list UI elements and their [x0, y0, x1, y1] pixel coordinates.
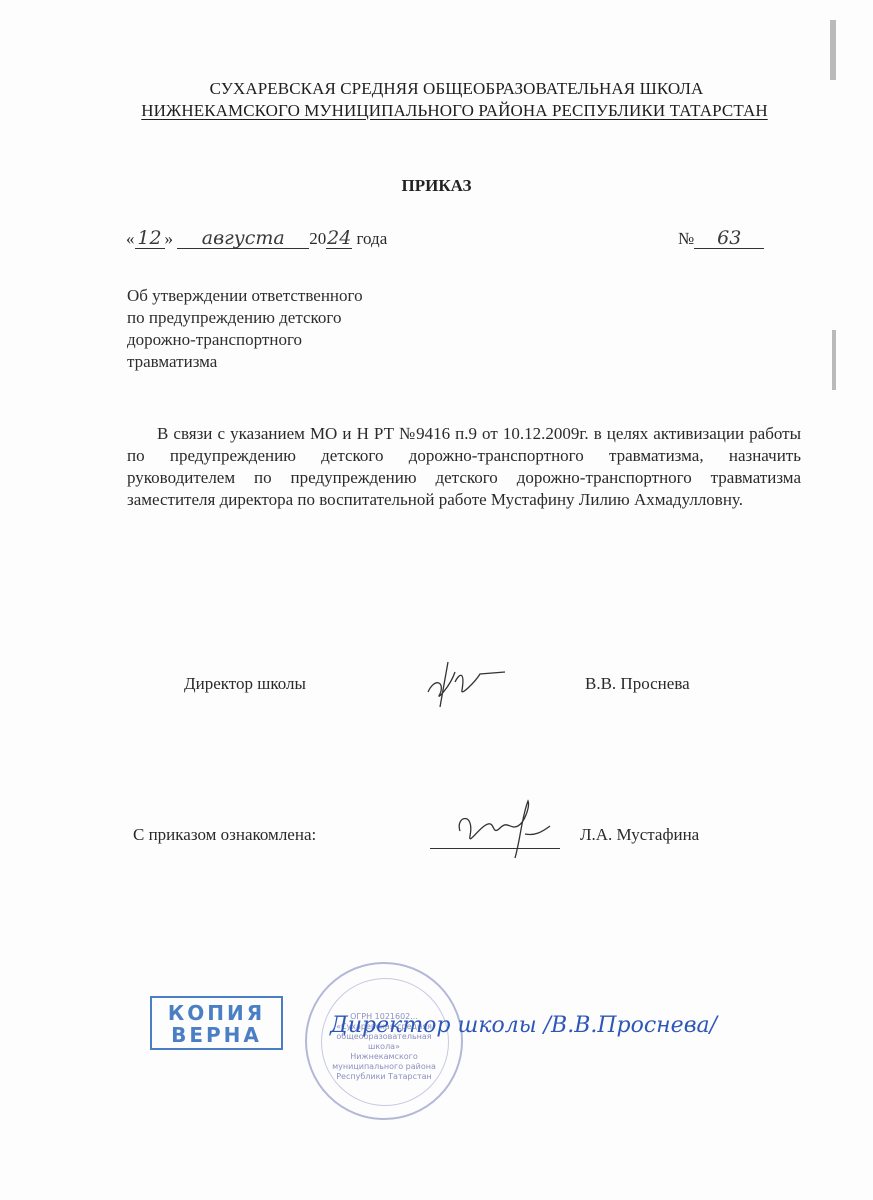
order-body: В связи с указанием МО и Н РТ №9416 п.9 …: [127, 423, 801, 511]
date-open-quote: «: [126, 229, 135, 248]
subject-line: травматизма: [127, 351, 363, 373]
date-close-quote: »: [165, 229, 174, 248]
subject-line: Об утверждении ответственного: [127, 285, 363, 307]
acknowledgement-signature-icon: [450, 796, 560, 866]
director-signature-icon: [420, 652, 510, 712]
stamp-line: ВЕРНА: [152, 1024, 281, 1046]
date-year-word: года: [357, 229, 388, 248]
school-name-line-2-text: НИЖНЕКАМСКОГО МУНИЦИПАЛЬНОГО РАЙОНА РЕСП…: [141, 101, 767, 120]
date-day: 12: [135, 228, 165, 249]
document-title: ПРИКАЗ: [0, 176, 873, 196]
school-name-line-2: НИЖНЕКАМСКОГО МУНИЦИПАЛЬНОГО РАЙОНА РЕСП…: [18, 101, 873, 121]
acknowledgement-label: С приказом ознакомлена:: [133, 825, 316, 845]
order-date: «12» августа2024 года: [126, 228, 387, 249]
stamp-line: КОПИЯ: [152, 1002, 281, 1024]
copy-certified-stamp: КОПИЯ ВЕРНА: [150, 996, 283, 1050]
director-name: В.В. Проснева: [585, 674, 690, 694]
school-seal: ОГРН 1021602... «Сухаревская средняя общ…: [305, 962, 463, 1120]
scan-edge-mark: [832, 330, 836, 390]
school-name-line-1: СУХАРЕВСКАЯ СРЕДНЯЯ ОБЩЕОБРАЗОВАТЕЛЬНАЯ …: [20, 79, 873, 99]
order-body-text: В связи с указанием МО и Н РТ №9416 п.9 …: [127, 424, 801, 509]
seal-line: Нижнекамского: [307, 1052, 461, 1062]
certification-handwriting: Директор школы /В.В.Проснева/: [330, 1013, 717, 1038]
seal-line: школа»: [307, 1042, 461, 1052]
scan-edge-mark: [830, 20, 836, 80]
order-number-value: 63: [694, 228, 764, 249]
order-number-label: №: [678, 229, 694, 248]
date-year-prefix: 20: [309, 229, 326, 248]
seal-line: Республики Татарстан: [307, 1072, 461, 1082]
subject-line: дорожно-транспортного: [127, 329, 363, 351]
order-subject: Об утверждении ответственного по предупр…: [127, 285, 363, 373]
seal-line: муниципального района: [307, 1062, 461, 1072]
subject-line: по предупреждению детского: [127, 307, 363, 329]
acknowledgement-name: Л.А. Мустафина: [580, 825, 699, 845]
director-label: Директор школы: [184, 674, 306, 694]
date-month: августа: [177, 228, 309, 249]
order-number: №63: [678, 228, 764, 249]
date-year-suffix: 24: [326, 228, 352, 249]
